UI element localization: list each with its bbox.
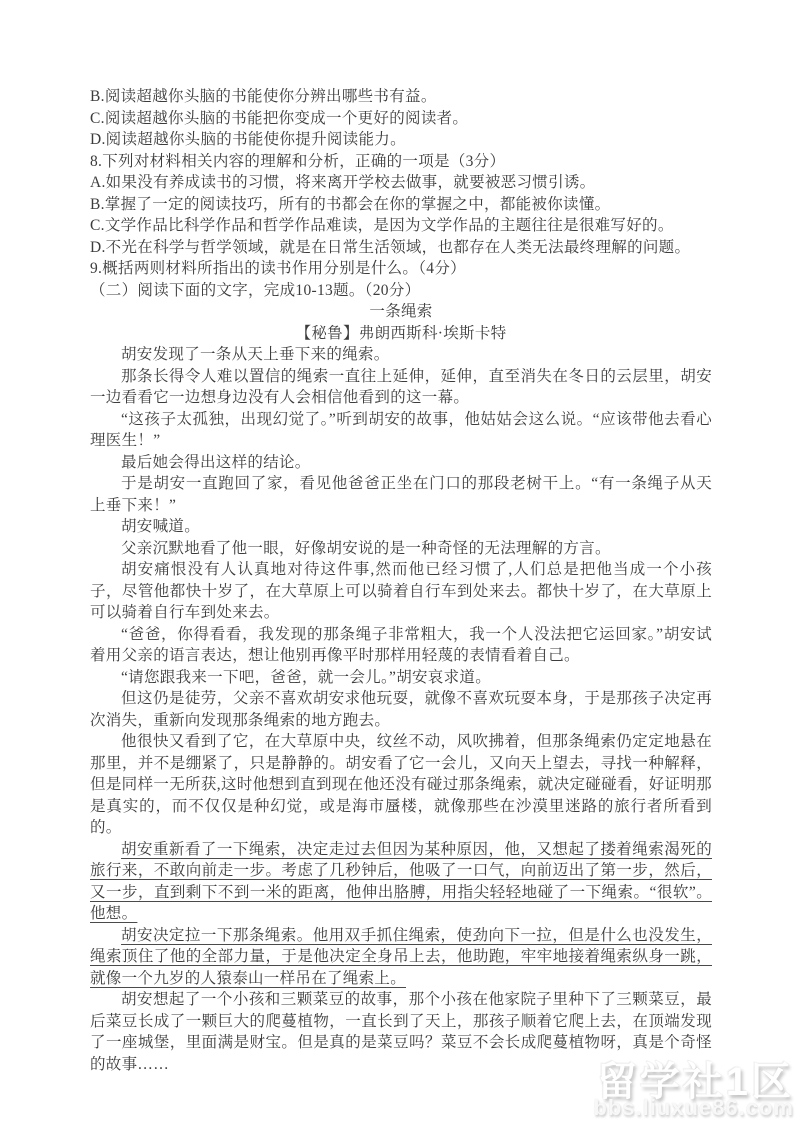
question7-options: B.阅读超越你头脑的书能使你分辨出哪些书有益。 C.阅读超越你头脑的书能把你变成… (90, 86, 712, 151)
passage-paragraph: “这孩子太孤独，出现幻觉了。”听到胡安的故事，他姑姑会这么说。“应该带他去看心理… (90, 409, 712, 452)
passage-paragraph: 他很快又看到了它，在大草原中央，纹丝不动，风吹拂着，但那条绳索仍定定地悬在那里，… (90, 731, 712, 839)
question7-option-line: B.阅读超越你头脑的书能使你分辨出哪些书有益。 (90, 86, 712, 108)
passage-paragraph: “请您跟我来一下吧，爸爸，就一会儿。”胡安哀求道。 (90, 667, 712, 689)
question7-option-line: C.阅读超越你头脑的书能把你变成一个更好的阅读者。 (90, 108, 712, 130)
passage-paragraph: 那条长得令人难以置信的绳索一直往上延伸，延伸，直至消失在冬日的云层里，胡安一边看… (90, 366, 712, 409)
question9-stem: 9.概括两则材料所指出的读书作用分别是什么。（4分） (90, 258, 712, 280)
passage-title: 一条绳索 (90, 301, 712, 323)
question8-option-line: A.如果没有养成读书的习惯，将来离开学校去做事，就要被恶习惯引诱。 (90, 172, 712, 194)
exam-content: B.阅读超越你头脑的书能使你分辨出哪些书有益。 C.阅读超越你头脑的书能把你变成… (90, 86, 712, 1075)
watermark: 留学社1区 bbs.liuxue86.com (593, 1062, 794, 1119)
question8-option-line: C.文学作品比科学作品和哲学作品难读，是因为文学作品的主题往往是很难写好的。 (90, 215, 712, 237)
passage-paragraph: 但这仍是徒劳，父亲不喜欢胡安求他玩耍，就像不喜欢玩耍本身，于是那孩子决定再次消失… (90, 688, 712, 731)
passage-paragraph: 最后她会得出这样的结论。 (90, 452, 712, 474)
question8-option-line: B.掌握了一定的阅读技巧，所有的书都会在你的掌握之中，都能被你读懂。 (90, 194, 712, 216)
exam-paper-scan: B.阅读超越你头脑的书能使你分辨出哪些书有益。 C.阅读超越你头脑的书能把你变成… (0, 0, 800, 1131)
question8-option-line: D.不光在科学与哲学领域，就是在日常生活领域，也都存在人类无法最终理解的问题。 (90, 237, 712, 259)
passage-paragraph: 于是胡安一直跑回了家，看见他爸爸正坐在门口的那段老树干上。“有一条绳子从天上垂下… (90, 473, 712, 516)
question7-option-line: D.阅读超越你头脑的书能使你提升阅读能力。 (90, 129, 712, 151)
passage-paragraph: 胡安决定拉一下那条绳索。他用双手抓住绳索，使劲向下一拉，但是什么也没发生，绳索顶… (90, 925, 712, 990)
passage-paragraph: 胡安喊道。 (90, 516, 712, 538)
passage-author: 【秘鲁】弗朗西斯科·埃斯卡特 (90, 323, 712, 345)
passage-paragraph: “爸爸，你得看看，我发现的那条绳子非常粗大，我一个人没法把它运回家。”胡安试着用… (90, 624, 712, 667)
passage-paragraph: 父亲沉默地看了他一眼，好像胡安说的是一种奇怪的无法理解的方言。 (90, 538, 712, 560)
watermark-url: bbs.liuxue86.com (593, 1097, 794, 1119)
question8-options: A.如果没有养成读书的习惯，将来离开学校去做事，就要被恶习惯引诱。 B.掌握了一… (90, 172, 712, 258)
passage-paragraph: 胡安发现了一条从天上垂下来的绳索。 (90, 344, 712, 366)
passage-paragraph: 胡安痛恨没有人认真地对待这件事,然而他已经习惯了,人们总是把他当成一个小孩子，尽… (90, 559, 712, 624)
section2-header: （二）阅读下面的文字，完成10-13题。（20分） (90, 280, 712, 302)
passage-body: 胡安发现了一条从天上垂下来的绳索。 那条长得令人难以置信的绳索一直往上延伸，延伸… (90, 344, 712, 1075)
passage-paragraph: 胡安重新看了一下绳索，决定走过去但因为某种原因，他，又想起了搂着绳索渴死的旅行来… (90, 839, 712, 925)
question8-stem: 8.下列对材料相关内容的理解和分析，正确的一项是（3分） (90, 151, 712, 173)
